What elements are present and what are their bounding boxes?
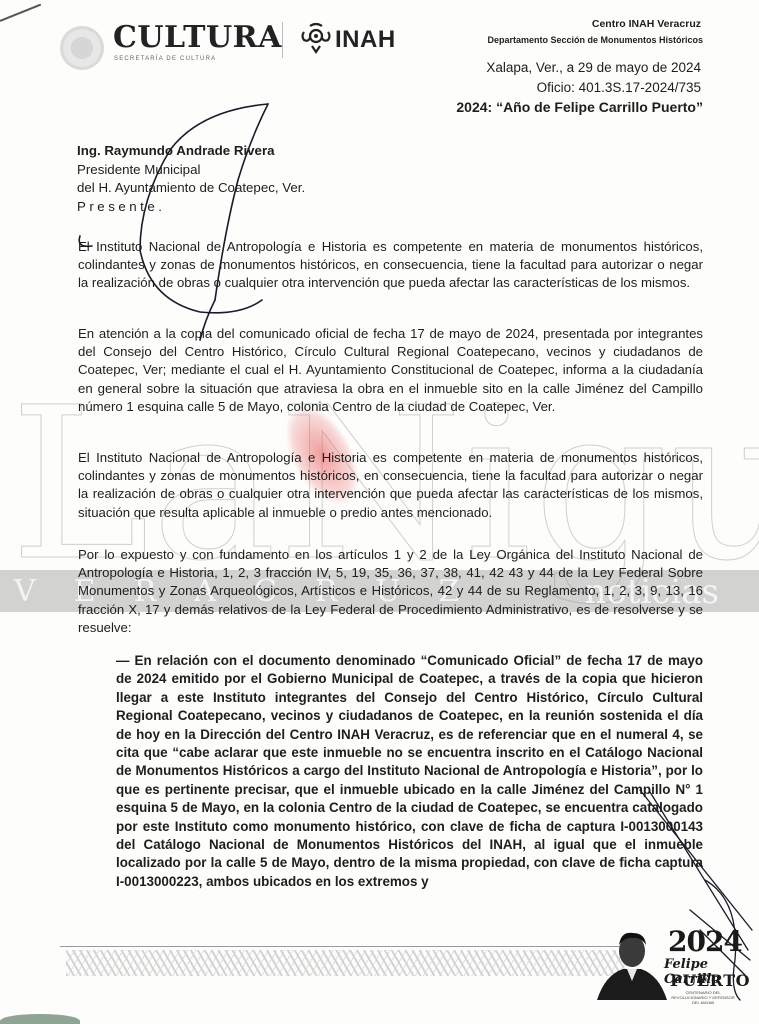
- logo-divider: [282, 22, 283, 58]
- center-name: Centro INAH Veracruz: [592, 18, 701, 30]
- document-page: CULTURA SECRETARÍA DE CULTURA INAH Centr…: [0, 0, 759, 1024]
- place-date: Xalapa, Ver., a 29 de mayo de 2024: [486, 60, 701, 75]
- year-motto: 2024: “Año de Felipe Carrillo Puerto”: [456, 99, 703, 115]
- inah-emblem-icon: [300, 22, 332, 56]
- cultura-logo: CULTURA: [113, 20, 282, 55]
- oficio-number: Oficio: 401.3S.17-2024/735: [537, 80, 701, 95]
- footer-address: [88, 925, 388, 933]
- addressee-organization: del H. Ayuntamiento de Coatepec, Ver.: [77, 180, 305, 195]
- portrait-icon: [597, 925, 667, 1000]
- inah-logo: INAH: [335, 26, 396, 54]
- paragraph-competence: El Instituto Nacional de Antropología e …: [78, 238, 703, 293]
- seal-surname: PUERTO: [670, 971, 750, 990]
- seal-tagline: CENTENARIO DEL REVOLUCIONARIO Y DEFENSOR…: [668, 990, 738, 1005]
- seal-year: 2024: [668, 925, 742, 958]
- resolution-paragraph: — En relación con el documento denominad…: [116, 652, 703, 891]
- addressee-title: Presidente Municipal: [77, 162, 200, 177]
- mexico-seal-icon: [60, 26, 104, 70]
- paragraph-attention: En atención a la copia del comunicado of…: [78, 325, 703, 416]
- department-name: Departamento Sección de Monumentos Histó…: [487, 35, 703, 45]
- pen-mark: [0, 4, 41, 22]
- cultura-logo-subtitle: SECRETARÍA DE CULTURA: [114, 56, 216, 62]
- salutation: Presente.: [77, 199, 165, 214]
- paragraph-competence-applicable: El Instituto Nacional de Antropología e …: [78, 449, 703, 522]
- footer-pattern: [66, 950, 626, 976]
- paragraph-legal-basis: Por lo expuesto y con fundamento en los …: [78, 546, 703, 637]
- addressee-name: Ing. Raymundo Andrade Rivera: [77, 143, 275, 158]
- scan-edge: [0, 1014, 80, 1024]
- footer-rule: [60, 946, 620, 947]
